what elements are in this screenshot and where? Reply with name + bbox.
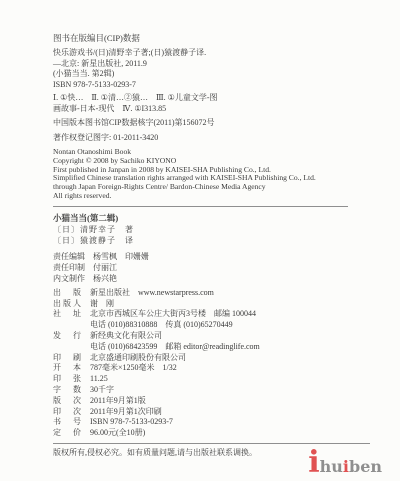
pub-label: 印刷 (53, 353, 81, 364)
pub-row-format: 开本787毫米×1250毫米 1/32 (53, 363, 370, 374)
copyright-page: 图书在版编目(CIP)数据 快乐游戏书/(日)清野幸子著;(日)猿渡静子译. —… (0, 0, 400, 481)
english-line: All rights reserved. (53, 192, 370, 201)
logo-text-ben: ben (349, 457, 382, 476)
staff-value: 付丽江 (93, 263, 117, 272)
pub-value: 电话 (010)68423599 邮箱 editor@readinglife.c… (90, 342, 260, 351)
pub-label: 字数 (53, 385, 81, 396)
pub-row-sheets: 印张11.25 (53, 374, 370, 385)
cip-class-line-2: 画故事-日本-现代 Ⅳ. ①I313.85 (53, 104, 370, 115)
english-copyright-block: Nontan Otanoshimi Book Copyright © 2008 … (53, 148, 370, 201)
pub-value: 11.25 (90, 374, 108, 383)
pub-label: 开本 (53, 363, 81, 374)
pub-value: 787毫米×1250毫米 1/32 (90, 363, 177, 372)
pub-label: 出版人 (53, 299, 81, 310)
cip-heading: 图书在版编目(CIP)数据 (53, 33, 370, 43)
page-content: 图书在版编目(CIP)数据 快乐游戏书/(日)清野幸子著;(日)猿渡静子译. —… (53, 33, 370, 439)
pub-label: 书号 (53, 417, 81, 428)
pub-value: 北京盛通印刷股份有限公司 (90, 353, 186, 362)
staff-label: 内文制作 (53, 273, 87, 284)
title-block: 小猫当当(第二辑) 〔日〕清野幸子 著 〔日〕猿渡静子 译 (53, 213, 370, 246)
publication-info: 出版新星出版社 www.newstarpress.com 出版人谢 刚 社址北京… (53, 288, 370, 439)
logo-big-i: i (308, 445, 319, 480)
pub-row-edition: 版次2011年9月第1版 (53, 396, 370, 407)
author-line: 〔日〕清野幸子 著 (53, 224, 370, 235)
pub-value: 新经典文化有限公司 (90, 331, 162, 340)
staff-value: 杨雪枫 印姗姗 (93, 252, 149, 261)
pub-value: 新星出版社 www.newstarpress.com (90, 288, 214, 297)
staff-credits: 责任编辑杨雪枫 印姗姗 责任印制付丽江 内文制作杨兴艳 (53, 251, 370, 284)
staff-row-print-supervisor: 责任印制付丽江 (53, 262, 370, 273)
pub-row-price: 定价96.00元(全10册) (53, 428, 370, 439)
pub-value: 谢 刚 (90, 299, 114, 308)
pub-label: 发行 (53, 331, 81, 342)
cip-publisher-line: —北京: 新星出版社, 2011.9 (53, 59, 370, 70)
cip-record-number: 中国版本图书馆CIP数据核字(2011)第156072号 (53, 118, 370, 129)
pub-label: 社址 (53, 309, 81, 320)
series-title: 小猫当当(第二辑) (53, 213, 370, 224)
cip-series-line: (小猫当当. 第2辑) (53, 69, 370, 80)
pub-label: 印张 (53, 374, 81, 385)
pub-row-phone-fax: 电话 (010)88310888 传真 (010)65270449 (53, 320, 370, 331)
pub-row-isbn: 书号ISBN 978-7-5133-0293-7 (53, 417, 370, 428)
cip-class-line-1: Ⅰ. ①快… Ⅱ. ①清…②猿… Ⅲ. ①儿童文学-图 (53, 93, 370, 104)
copyright-registration-number: 著作权登记图字: 01-2011-3420 (53, 133, 370, 144)
pub-value: 2011年9月第1版 (90, 396, 146, 405)
divider-top (53, 206, 348, 207)
ihuiben-logo: ihuiben (308, 448, 382, 478)
staff-label: 责任编辑 (53, 251, 87, 262)
cip-title-line: 快乐游戏书/(日)清野幸子著;(日)猿渡静子译. (53, 48, 370, 59)
staff-row-editor: 责任编辑杨雪枫 印姗姗 (53, 251, 370, 262)
pub-row-distributor-contact: 电话 (010)68423599 邮箱 editor@readinglife.c… (53, 342, 370, 353)
pub-row-publisher: 出版新星出版社 www.newstarpress.com (53, 288, 370, 299)
pub-label: 出版 (53, 288, 81, 299)
pub-value: 30千字 (90, 385, 114, 394)
pub-label: 印次 (53, 407, 81, 418)
staff-row-layout: 内文制作杨兴艳 (53, 273, 370, 284)
pub-row-printer: 印刷北京盛通印刷股份有限公司 (53, 353, 370, 364)
pub-row-publisher-person: 出版人谢 刚 (53, 299, 370, 310)
translator-line: 〔日〕猿渡静子 译 (53, 235, 370, 246)
pub-label: 版次 (53, 396, 81, 407)
pub-value: 96.00元(全10册) (90, 428, 145, 437)
staff-label: 责任印制 (53, 262, 87, 273)
staff-value: 杨兴艳 (93, 274, 117, 283)
logo-text-hu: hu (320, 457, 343, 476)
pub-row-word-count: 字数30千字 (53, 385, 370, 396)
cip-block: 图书在版编目(CIP)数据 快乐游戏书/(日)清野幸子著;(日)猿渡静子译. —… (53, 33, 370, 143)
pub-value: ISBN 978-7-5133-0293-7 (90, 417, 173, 426)
pub-value: 2011年9月第1次印刷 (90, 407, 162, 416)
cip-isbn-line: ISBN 978-7-5133-0293-7 (53, 80, 370, 91)
divider-bottom (53, 443, 370, 444)
pub-row-printing: 印次2011年9月第1次印刷 (53, 407, 370, 418)
pub-label: 定价 (53, 428, 81, 439)
pub-row-distributor: 发行新经典文化有限公司 (53, 331, 370, 342)
pub-value: 电话 (010)88310888 传真 (010)65270449 (90, 320, 233, 329)
pub-value: 北京市西城区车公庄大街丙3号楼 邮编 100044 (90, 309, 256, 318)
pub-row-address: 社址北京市西城区车公庄大街丙3号楼 邮编 100044 (53, 309, 370, 320)
